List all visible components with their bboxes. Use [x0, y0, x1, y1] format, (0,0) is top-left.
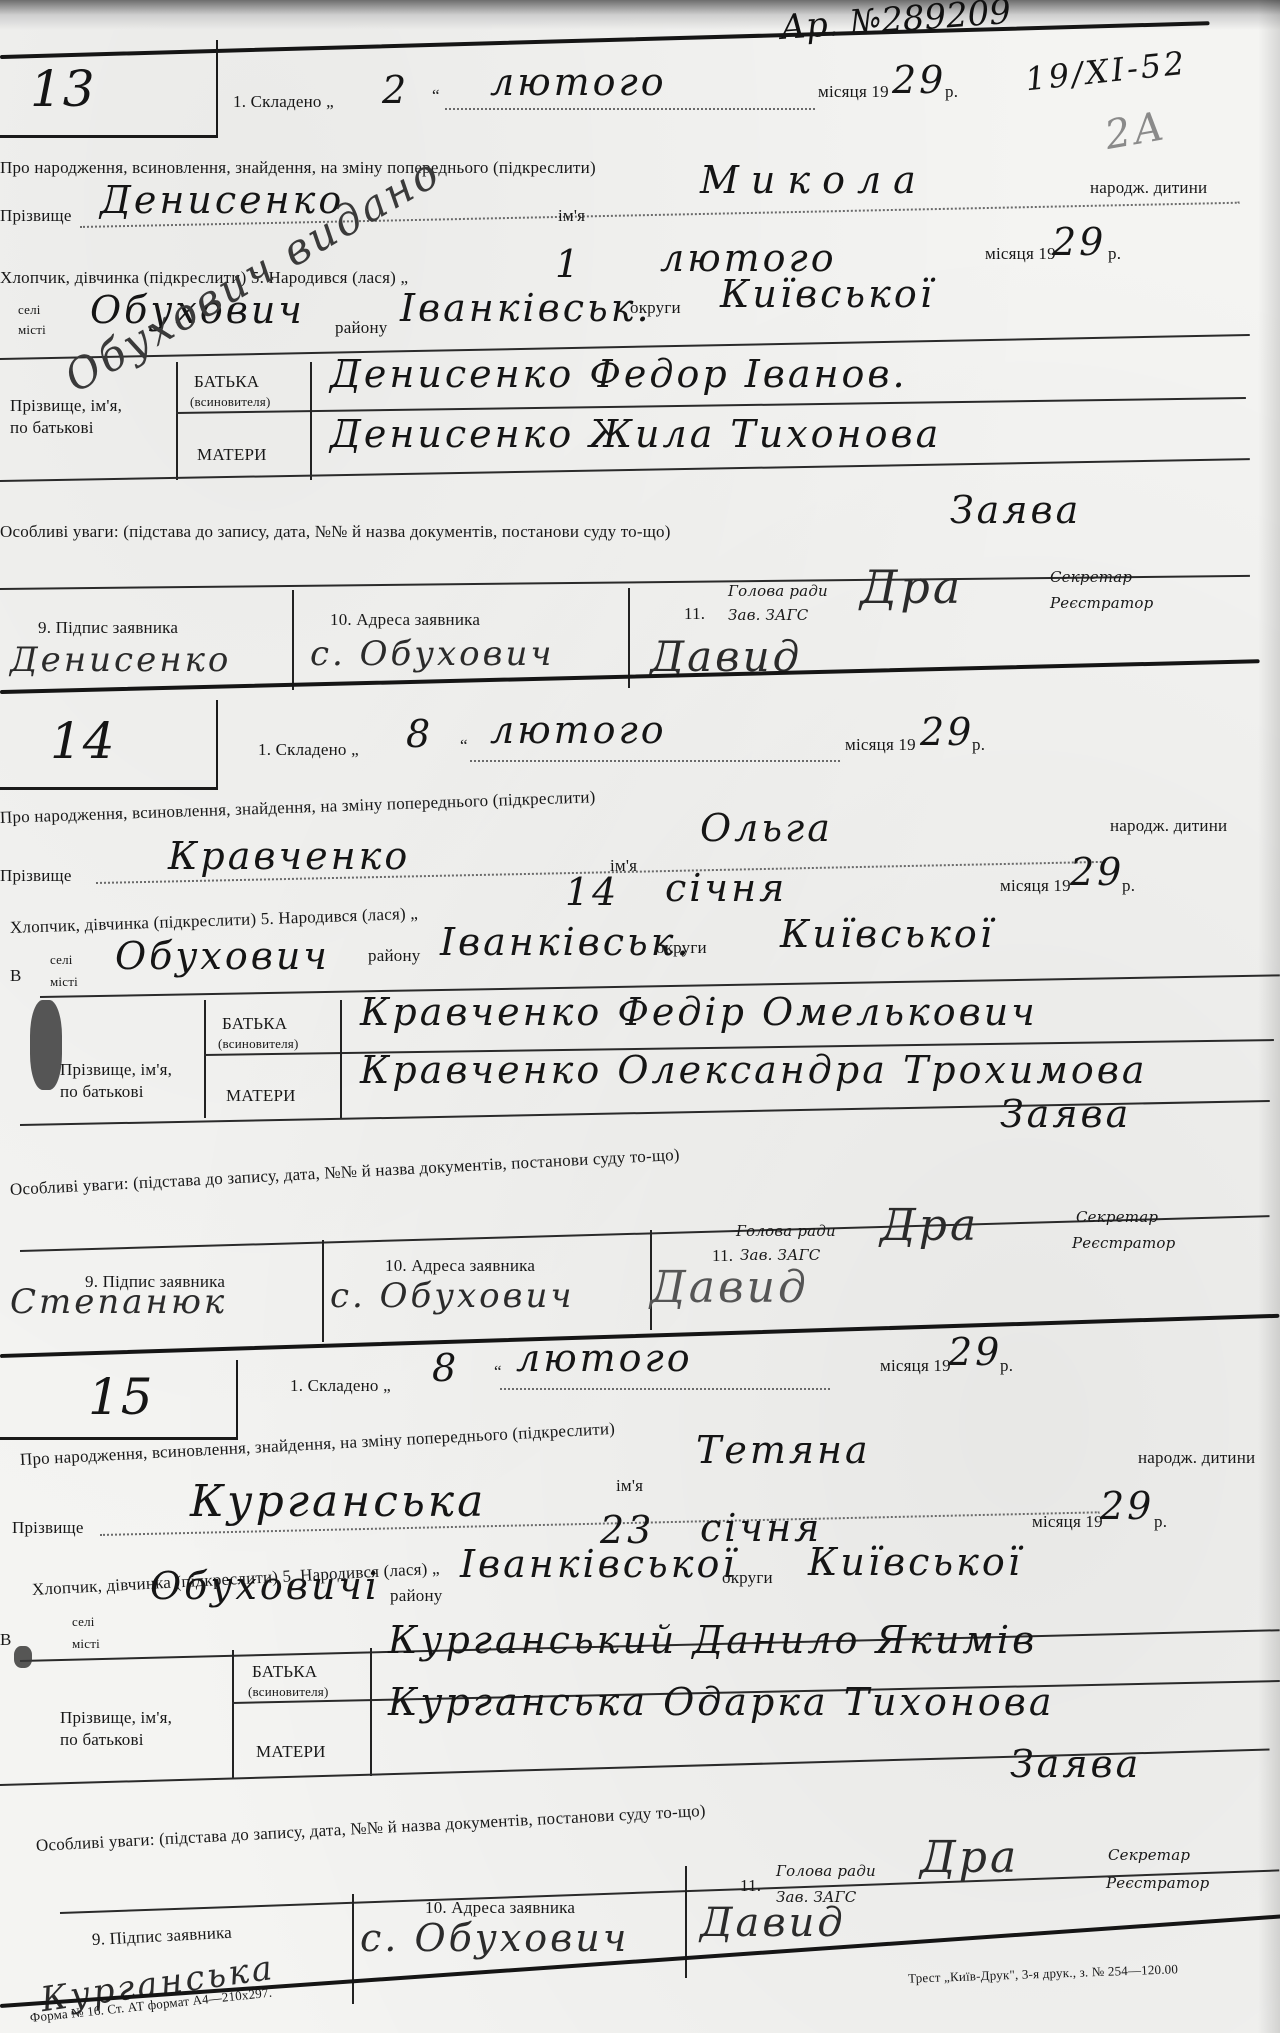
sex-born-label: Хлопчик, дівчинка (підкреслити) 5. Народ… [10, 904, 419, 938]
parents-label-2: по батькові [60, 1730, 144, 1750]
applicant-signature-label: 9. Підпис заявника [38, 618, 178, 638]
parents-value-divider [340, 1000, 342, 1118]
father-sub-label: (всиновителя) [218, 1036, 299, 1052]
father-label: БАТЬКА [222, 1014, 287, 1034]
child-birth-label: народж. дитини [1110, 816, 1227, 836]
parents-value-divider [310, 362, 312, 480]
district-label: району [368, 946, 420, 966]
given-name-value: Тетяна [696, 1428, 871, 1472]
surname-value: Курганська [190, 1476, 486, 1527]
father-sub-label: (всиновителя) [190, 394, 271, 410]
about-label: Про народження, всиновлення, знайдення, … [0, 787, 596, 828]
composed-day: 8 [406, 712, 433, 756]
surname-label: Прізвище [0, 206, 72, 226]
composed-month: лютого [516, 1336, 693, 1380]
city-label: місті [50, 974, 78, 990]
secretary-signature: Дра [860, 560, 963, 614]
remarks-value: Заява [1010, 1742, 1141, 1786]
surname-label: Прізвище [0, 866, 72, 886]
father-label: БАТЬКА [194, 372, 259, 392]
birth-year-suffix: р. [1122, 876, 1135, 896]
month-label: місяця 19 [818, 82, 889, 102]
parents-divider [232, 1650, 234, 1778]
okruha-value: Київської [808, 1540, 1023, 1584]
father-value: Курганський Данило Якимів [388, 1618, 1037, 1662]
parents-label-2: по батькові [60, 1082, 144, 1102]
head-council-label: Голова ради [776, 1862, 876, 1880]
father-sub-label: (всиновителя) [248, 1684, 329, 1700]
district-label: району [335, 318, 387, 338]
registrar-label: Реєстратор [1050, 594, 1153, 612]
record-number: 14 [50, 712, 116, 770]
signature-divider-1 [292, 590, 294, 690]
corner-mark: 2А [1101, 103, 1170, 159]
parents-bottom-rule [0, 458, 1250, 482]
birth-year: 29 [1070, 850, 1124, 894]
composed-year: 29 [948, 1330, 1002, 1374]
parents-label-1: Прізвище, ім'я, [10, 396, 122, 416]
composed-year: 29 [920, 710, 974, 754]
composed-quote: “ [460, 736, 468, 756]
ink-blot [30, 1000, 62, 1090]
parents-value-divider [370, 1648, 372, 1776]
signature-divider-1 [352, 1894, 354, 2004]
father-label: БАТЬКА [252, 1662, 317, 1682]
secretary-label: Секретар [1076, 1208, 1158, 1226]
village-value: Обуховичі [150, 1564, 380, 1608]
composed-month: лютого [490, 60, 667, 104]
village-label: селі [72, 1614, 95, 1630]
mother-value: Курганська Одарка Тихонова [388, 1680, 1055, 1724]
composed-month-line [500, 1388, 830, 1390]
applicant-signature: Степанюк [10, 1282, 227, 1322]
secretary-signature: Дра [920, 1832, 1019, 1883]
okruha-label: округи [722, 1568, 773, 1588]
applicant-address-label: 10. Адреса заявника [330, 610, 480, 630]
surname-value: Кравченко [168, 834, 410, 878]
page-edge [1258, 0, 1280, 2033]
birth-year: 29 [1100, 1484, 1154, 1528]
okruha-label: округи [630, 298, 681, 318]
applicant-address: с. Обухович [330, 1276, 575, 1316]
parents-label-1: Прізвище, ім'я, [60, 1708, 172, 1728]
signature-divider-1 [322, 1240, 324, 1342]
remarks-label: Особливі уваги: (підстава до запису, дат… [9, 1145, 680, 1200]
composed-label: 1. Складено „ [233, 92, 334, 112]
birth-month-label: місяця 19 [1000, 876, 1071, 896]
composed-quote: “ [432, 86, 440, 106]
mother-label: МАТЕРИ [256, 1742, 326, 1762]
birth-year-suffix: р. [1108, 244, 1121, 264]
birth-day: 14 [565, 870, 619, 914]
birth-month-label: місяця 19 [1032, 1512, 1103, 1532]
okruha-value: Київської [780, 912, 995, 956]
given-name-label: ім'я [558, 206, 585, 226]
parents-divider [176, 362, 178, 480]
year-suffix: р. [945, 82, 958, 102]
month-label: місяця 19 [845, 735, 916, 755]
composed-day: 8 [432, 1346, 459, 1390]
num-11-label: 11. [684, 604, 705, 624]
given-name-value: Ольга [700, 806, 833, 850]
applicant-address: с. Обухович [360, 1916, 629, 1960]
child-birth-label: народж. дитини [1138, 1448, 1255, 1468]
birth-month-label: місяця 19 [985, 244, 1056, 264]
applicant-signature-label: 9. Підпис заявника [91, 1923, 232, 1950]
composed-month-line [470, 760, 840, 762]
parents-label-1: Прізвище, ім'я, [60, 1060, 172, 1080]
father-value: Кравченко Федір Омелькович [360, 990, 1038, 1034]
secretary-label: Секретар [1108, 1846, 1190, 1864]
head-council-label: Голова ради [728, 582, 828, 600]
parents-label-2: по батькові [10, 418, 94, 438]
remarks-value: Заява [950, 488, 1081, 532]
father-value: Денисенко Федор Іванов. [330, 352, 908, 396]
printer-footer: Трест „Київ-Друк", 3-я друк., з. № 254—1… [908, 1961, 1179, 1986]
parents-divider [204, 1000, 206, 1118]
year-suffix: р. [972, 735, 985, 755]
city-label: місті [72, 1636, 100, 1652]
city-label: місті [18, 322, 46, 338]
month-label: місяця 19 [880, 1356, 951, 1376]
birth-day: 1 [555, 242, 582, 286]
about-label: Про народження, всиновлення, знайдення, … [0, 158, 596, 178]
composed-month: лютого [490, 708, 667, 752]
signature-top-rule [60, 1869, 1279, 1914]
applicant-signature: Денисенко [10, 640, 231, 680]
remarks-value: Заява [1000, 1092, 1131, 1136]
village-label: селі [18, 302, 41, 318]
applicant-address: с. Обухович [310, 634, 555, 674]
birth-year: 29 [1052, 220, 1106, 264]
head-council-label: Голова ради [736, 1222, 836, 1240]
given-name-label: ім'я [616, 1476, 643, 1496]
composed-quote: “ [494, 1362, 502, 1382]
in-label: В [10, 966, 22, 986]
composed-month-line [445, 108, 815, 110]
archive-number: Ар. №289209 [779, 0, 1012, 48]
district-value: Іванківськ. [400, 286, 652, 330]
signature-divider-2 [628, 588, 630, 688]
record-number: 13 [30, 60, 96, 118]
composed-year: 29 [892, 58, 946, 102]
mother-label: МАТЕРИ [197, 445, 267, 465]
head-zags-label: Зав. ЗАГС [728, 606, 808, 624]
registry-page: Ар. №289209 19/XI-52 2А 13 1. Складено „… [0, 0, 1280, 2033]
registrar-label: Реєстратор [1072, 1234, 1175, 1252]
child-birth-label: народж. дитини [1090, 178, 1207, 198]
mother-value: Кравченко Олександра Трохимова [360, 1048, 1148, 1092]
village-value: Обухович [115, 934, 330, 978]
applicant-address-label: 10. Адреса заявника [425, 1898, 575, 1918]
registrar-label: Реєстратор [1106, 1874, 1209, 1892]
village-label: селі [50, 952, 73, 968]
top-annotation: 19/XI-52 [1023, 44, 1189, 99]
remarks-label: Особливі уваги: (підстава до запису, дат… [35, 1801, 706, 1856]
year-suffix: р. [1000, 1356, 1013, 1376]
composed-label: 1. Складено „ [290, 1376, 391, 1396]
mother-label: МАТЕРИ [226, 1086, 296, 1106]
composed-label: 1. Складено „ [258, 740, 359, 760]
district-label: району [390, 1586, 442, 1606]
secretary-label: Секретар [1050, 568, 1132, 586]
district-value: Іванківськ. [440, 920, 692, 964]
applicant-address-label: 10. Адреса заявника [385, 1256, 535, 1276]
head-signature: Давид [700, 1900, 846, 1946]
record-number: 15 [88, 1368, 154, 1426]
district-value: Іванківської [460, 1542, 737, 1586]
signature-divider-2 [685, 1866, 687, 1978]
composed-day: 2 [382, 68, 409, 112]
mother-value: Денисенко Жила Тихонова [330, 412, 941, 456]
okruha-label: округи [656, 938, 707, 958]
okruha-value: Київської [720, 272, 935, 316]
remarks-label: Особливі уваги: (підстава до запису, дат… [0, 522, 671, 542]
birth-month: січня [665, 866, 787, 910]
num-11-label: 11. [740, 1876, 761, 1896]
ink-blot [14, 1646, 32, 1668]
given-name-value: Микола [700, 158, 928, 202]
secretary-signature: Дра [880, 1200, 979, 1251]
in-label: В [0, 1630, 12, 1650]
birth-year-suffix: р. [1154, 1512, 1167, 1532]
head-signature: Давид [650, 1262, 809, 1313]
surname-label: Прізвище [12, 1518, 84, 1538]
